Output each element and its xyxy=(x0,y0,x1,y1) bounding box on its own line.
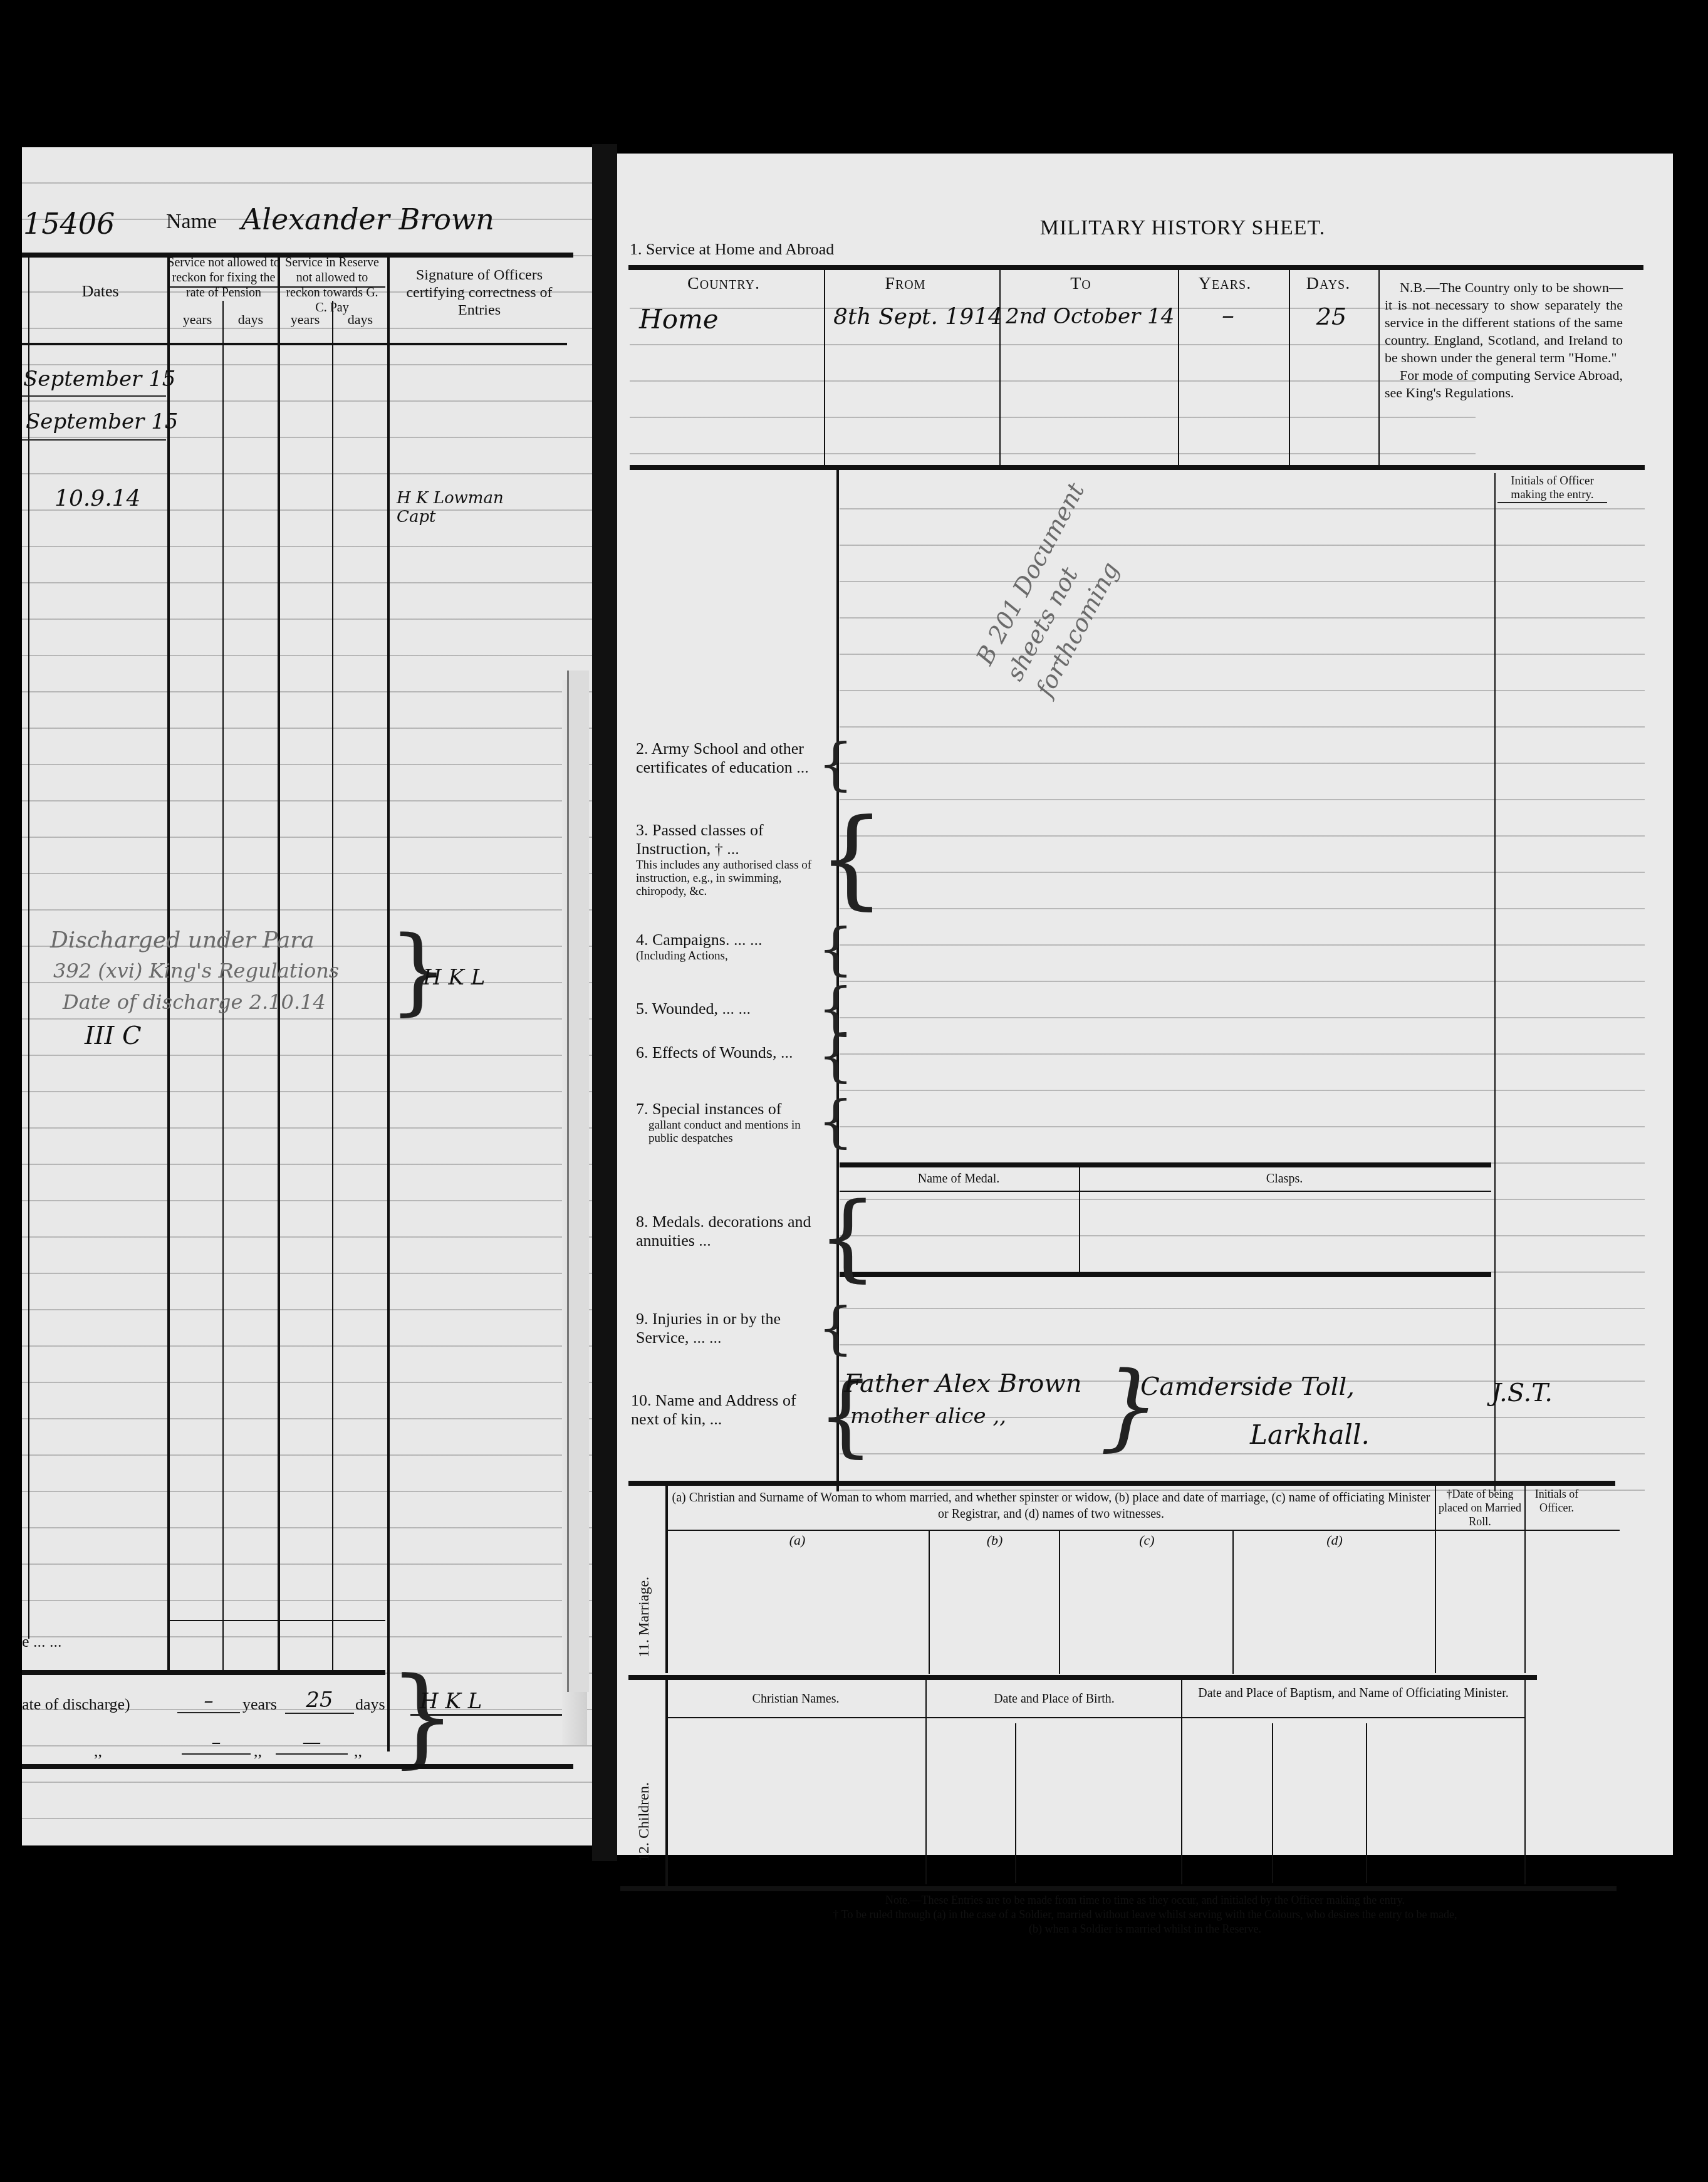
item-4-num: 4. xyxy=(636,931,648,949)
name-label: Name xyxy=(166,210,217,234)
totals-rule xyxy=(169,1620,385,1621)
entry-date-3: 10.9.14 xyxy=(55,486,140,511)
item-8-num: 8. xyxy=(636,1213,648,1231)
entry-date-1-underline xyxy=(22,395,166,397)
service-country-value: Home xyxy=(639,304,719,335)
col-header-country: Country. xyxy=(630,274,818,294)
header-bottom-rule xyxy=(22,343,567,345)
children-col-baptism: Date and Place of Baptism, and Name of O… xyxy=(1184,1686,1523,1701)
col-header-days: Days. xyxy=(1281,274,1375,294)
marriage-subcol-d: (d) xyxy=(1234,1532,1435,1548)
item-5: 5. Wounded, ... ... xyxy=(636,1000,824,1018)
item-2: 2. Army School and other certificates of… xyxy=(636,739,824,777)
item-5-num: 5. xyxy=(636,1000,648,1018)
pension-service-header: Service not allowed to reckon for fixing… xyxy=(167,255,280,300)
footer-note-2: † To be ruled through (a) in the case of… xyxy=(617,1908,1673,1921)
children-top-rule xyxy=(628,1675,1537,1680)
ditto-mark-2: ,, xyxy=(254,1742,262,1761)
children-bottom-rule xyxy=(620,1886,1617,1891)
discharge-bottom-rule xyxy=(22,1764,573,1769)
dates-header: Dates xyxy=(28,282,172,301)
marriage-initials-header: Initials of Officer. xyxy=(1527,1487,1586,1515)
service-table-ruled xyxy=(630,273,1476,464)
item-8: 8. Medals. decorations and annuities ... xyxy=(636,1213,824,1250)
children-col-birth: Date and Place of Birth. xyxy=(927,1692,1181,1706)
service-col-line-4 xyxy=(1289,269,1290,467)
item-7-brace: { xyxy=(818,1094,853,1150)
initials-col-line xyxy=(1494,473,1496,1491)
medal-col2-header: Clasps. xyxy=(1081,1172,1488,1186)
discharge-years-value: – xyxy=(177,1690,240,1713)
initials-header: Initials of Officer making the entry. xyxy=(1497,474,1607,503)
item-10-label: Name and Address of next of kin, ... xyxy=(631,1391,796,1428)
item-2-label: Army School and other certificates of ed… xyxy=(636,739,809,776)
section1-label: 1. Service at Home and Abroad xyxy=(630,240,834,259)
marriage-subcol-c: (c) xyxy=(1061,1532,1233,1548)
service-years-value: – xyxy=(1178,301,1278,330)
items-ruled-area xyxy=(840,473,1645,1501)
item-7-sub: gallant conduct and mentions in public d… xyxy=(636,1119,824,1145)
section1-top-rule xyxy=(628,265,1643,270)
signature-header: Signature of Officers certifying correct… xyxy=(392,266,567,319)
service-from-value: 8th Sept. 1914 xyxy=(833,304,1002,330)
binding-gutter xyxy=(592,144,617,1861)
col-header-years: Years. xyxy=(1169,274,1281,294)
ditto-mark-3: ,, xyxy=(354,1742,362,1761)
item-4-brace: { xyxy=(818,921,853,978)
marriage-subcol-a: (a) xyxy=(667,1532,927,1548)
totals-bottom-rule xyxy=(22,1670,385,1675)
service-col-line-2 xyxy=(999,269,1001,467)
item-8-label: Medals. decorations and annuities ... xyxy=(636,1213,811,1250)
service-to-value: 2nd October 14 xyxy=(1006,304,1174,329)
discharge-remark-line4: III C xyxy=(85,1021,142,1050)
footer-note-1: Note.—These Entries are to be made from … xyxy=(617,1894,1673,1907)
item-5-label: Wounded, ... ... xyxy=(652,1000,751,1018)
totals-label: e ... ... xyxy=(22,1632,62,1651)
days-header-2: days xyxy=(335,311,385,328)
marriage-side-label: 11. Marriage. xyxy=(636,1577,653,1657)
entry-date-2-underline xyxy=(22,439,166,441)
col-line-4 xyxy=(332,301,333,1670)
item-3-sub: This includes any authorised class of in… xyxy=(636,859,824,898)
medal-table-bottom-rule xyxy=(840,1272,1491,1277)
days-header-1: days xyxy=(226,311,276,328)
sheet-title: MILITARY HISTORY SHEET. xyxy=(617,216,1673,240)
col-header-from: From xyxy=(818,274,993,294)
discharge-days-label: days xyxy=(355,1695,385,1714)
ditto-days-value: — xyxy=(276,1731,348,1755)
item-3: 3. Passed classes of Instruction, † ... … xyxy=(636,821,824,898)
item-4: 4. Campaigns. ... ... (Including Actions… xyxy=(636,931,824,963)
children-header-rule xyxy=(667,1717,1526,1718)
marriage-sub-line-3 xyxy=(1232,1530,1234,1674)
next-of-kin-address-1: Camderside Toll, xyxy=(1140,1372,1355,1401)
left-sheet: 15406 Name Alexander Brown Dates Service… xyxy=(22,147,593,1845)
service-note: N.B.—The Country only to be shown—it is … xyxy=(1385,279,1623,402)
discharge-years-label: years xyxy=(242,1695,277,1714)
next-of-kin-initials: J.S.T. xyxy=(1491,1379,1553,1407)
service-note-text-2: For mode of computing Service Abroad, se… xyxy=(1385,367,1623,402)
discharge-signature-rule xyxy=(410,1714,573,1716)
children-side-label: 12. Children. xyxy=(636,1782,653,1861)
item-6-num: 6. xyxy=(636,1043,648,1062)
item-8-brace: { xyxy=(818,1191,877,1285)
entry-signature-3: H K Lowman Capt xyxy=(397,489,522,526)
item-9-brace: { xyxy=(818,1300,853,1357)
marriage-header-rule xyxy=(667,1530,1620,1531)
folded-stub xyxy=(567,671,589,1692)
discharge-total-signature: H K L xyxy=(420,1689,482,1714)
medal-col-line xyxy=(1079,1166,1080,1272)
item-9-num: 9. xyxy=(636,1310,648,1328)
item-3-label: Passed classes of Instruction, † ... xyxy=(636,821,764,858)
entry-date-2: September 15 xyxy=(26,409,178,434)
item-7: 7. Special instances of gallant conduct … xyxy=(636,1100,824,1145)
discharge-days-value: 25 xyxy=(285,1688,354,1714)
discharge-total-brace: } xyxy=(388,1664,456,1770)
discharge-remark-signature: H K L xyxy=(423,965,485,990)
footer-note-3: (b) when a Soldier is married whilst in … xyxy=(617,1923,1673,1936)
item-2-brace: { xyxy=(818,736,853,793)
item-9-label: Injuries in or by the Service, ... ... xyxy=(636,1310,781,1347)
item-9: 9. Injuries in or by the Service, ... ..… xyxy=(636,1310,824,1347)
item-10: 10. Name and Address of next of kin, ... xyxy=(631,1391,825,1429)
item-4-label: Campaigns. ... ... xyxy=(652,931,763,949)
marriage-header: (a) Christian and Surname of Woman to wh… xyxy=(670,1490,1432,1522)
item-7-num: 7. xyxy=(636,1100,648,1118)
discharge-remark-line3: Date of discharge 2.10.14 xyxy=(63,990,326,1014)
regimental-number: 15406 xyxy=(23,207,115,241)
discharge-remark-line1: Discharged under Para xyxy=(50,927,315,953)
item-7-label: Special instances of xyxy=(652,1100,782,1118)
marriage-roll-header: †Date of being placed on Married Roll. xyxy=(1437,1487,1523,1528)
service-col-line-3 xyxy=(1178,269,1179,467)
col-header-to: To xyxy=(993,274,1169,294)
right-sheet: MILITARY HISTORY SHEET. 1. Service at Ho… xyxy=(617,154,1673,1855)
marriage-sub-line-1 xyxy=(929,1530,930,1674)
next-of-kin-father: Father Alex Brown xyxy=(844,1369,1081,1398)
medal-table-top-rule xyxy=(840,1162,1491,1167)
item-10-num: 10. xyxy=(631,1391,652,1409)
col-line-2 xyxy=(222,301,224,1670)
ditto-mark-1: ,, xyxy=(94,1742,102,1761)
children-ruled-area xyxy=(667,1723,1620,1883)
marriage-subcol-b: (b) xyxy=(930,1532,1059,1548)
service-col-line-5 xyxy=(1378,269,1380,467)
next-of-kin-mother: mother alice ,, xyxy=(850,1404,1006,1429)
item-4-sub: (Including Actions, xyxy=(636,949,824,963)
marriage-ruled-area xyxy=(667,1532,1620,1673)
item-6-label: Effects of Wounds, ... xyxy=(652,1043,793,1062)
service-col-line-1 xyxy=(824,269,825,467)
children-col-names: Christian Names. xyxy=(667,1692,924,1706)
dates-left-line xyxy=(28,254,29,1639)
item-3-num: 3. xyxy=(636,821,648,839)
item-6: 6. Effects of Wounds, ... xyxy=(636,1043,824,1062)
marriage-top-rule xyxy=(628,1481,1615,1486)
years-header-2: years xyxy=(280,311,330,328)
marriage-sub-line-2 xyxy=(1059,1530,1060,1674)
item-6-brace: { xyxy=(818,1028,853,1084)
item-2-num: 2. xyxy=(636,739,648,758)
entry-date-1: September 15 xyxy=(23,367,175,392)
ditto-years-value: – xyxy=(182,1731,251,1755)
medal-header-rule xyxy=(840,1191,1491,1192)
next-of-kin-address-2: Larkhall. xyxy=(1250,1419,1370,1450)
name-value: Alexander Brown xyxy=(241,202,494,236)
discharge-label: ate of discharge) xyxy=(22,1695,130,1714)
service-note-text: N.B.—The Country only to be shown—it is … xyxy=(1385,279,1623,367)
discharge-remark-line2: 392 (xvi) King's Regulations xyxy=(53,959,339,983)
years-header-1: years xyxy=(172,311,222,328)
item-3-brace: { xyxy=(818,805,885,912)
service-days-value: 25 xyxy=(1291,303,1372,330)
